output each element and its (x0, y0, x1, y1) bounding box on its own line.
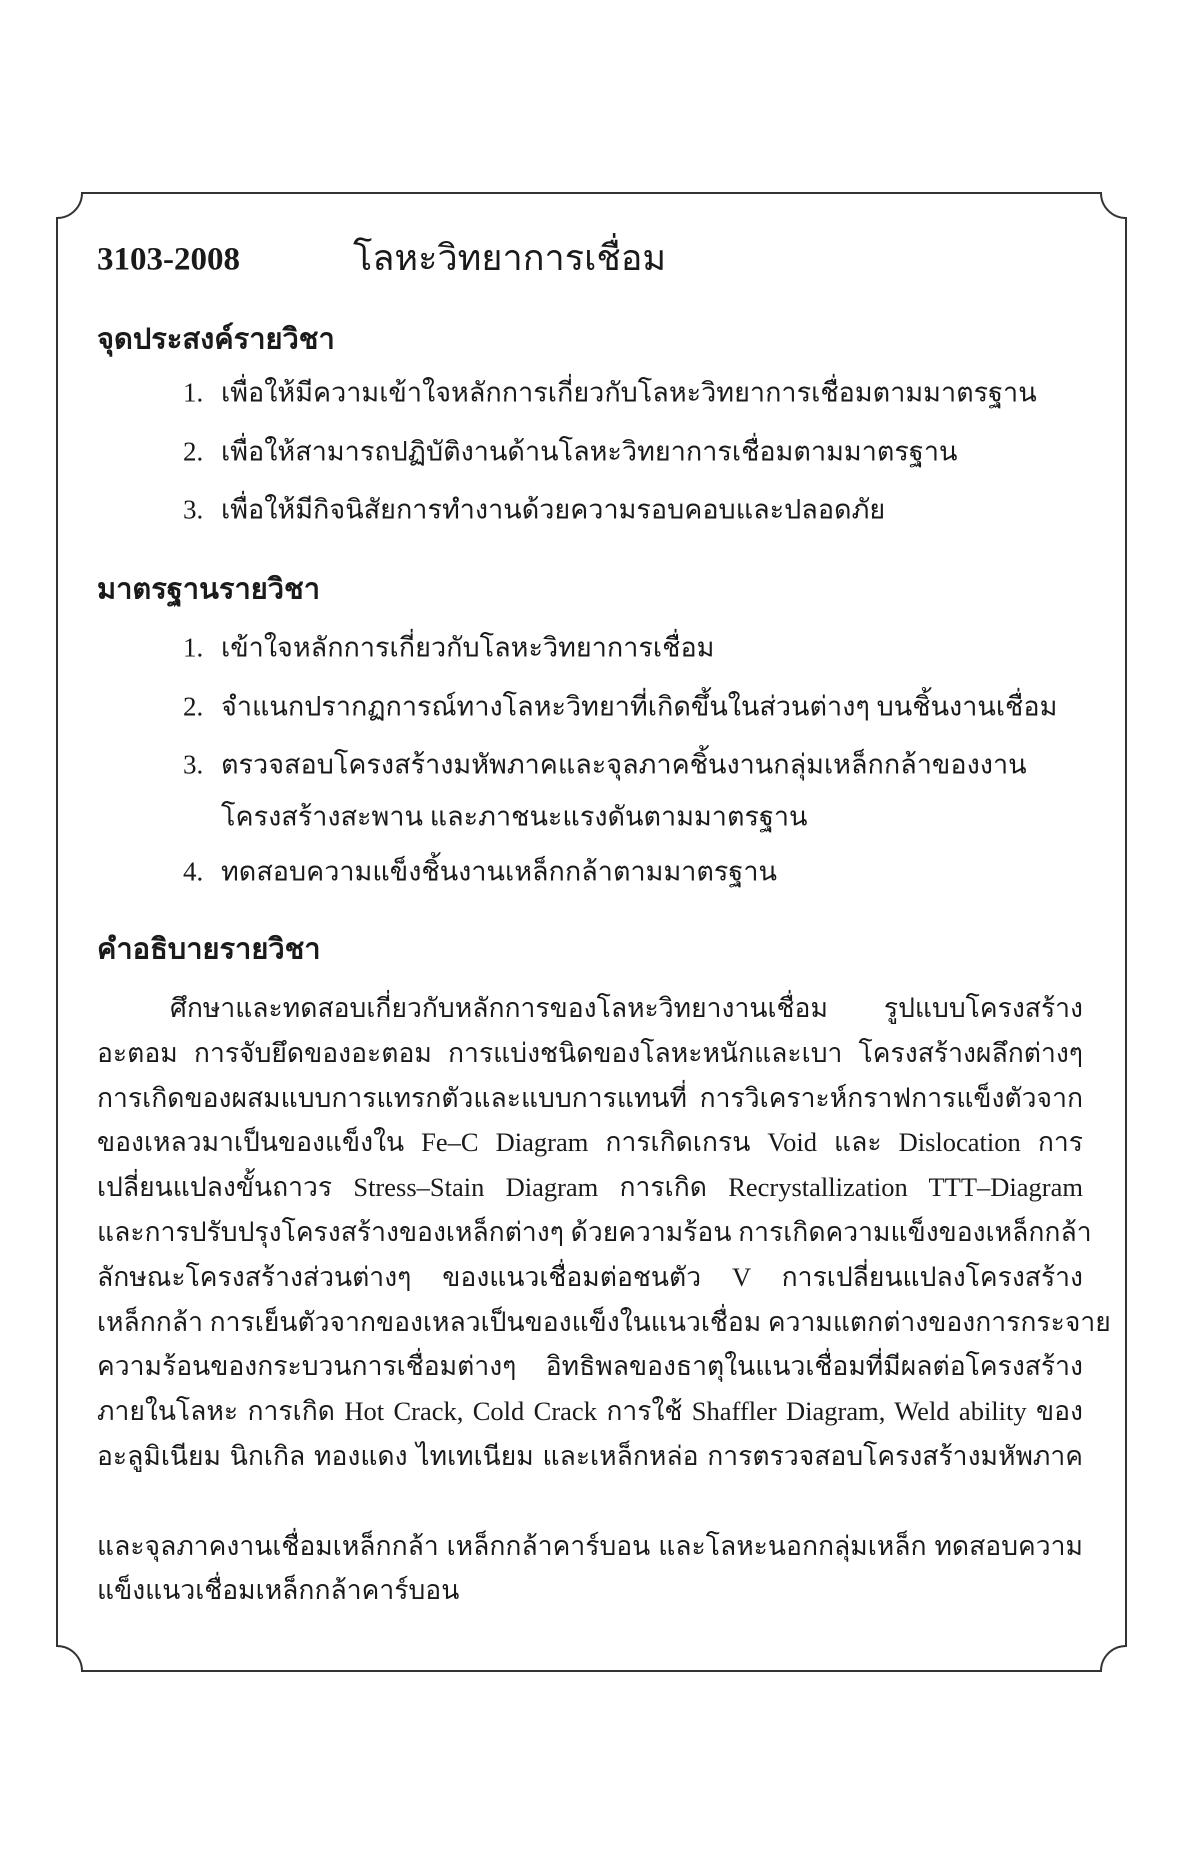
description-line: อะลูมิเนียม นิกเกิล ทองแดง ไทเทเนียม และ… (97, 1443, 1083, 1470)
standard-item: เข้าใจหลักการเกี่ยวกับโลหะวิทยาการเชื่อม (221, 635, 714, 662)
standard-number: 1. (183, 635, 203, 662)
objective-item: เพื่อให้มีความเข้าใจหลักการเกี่ยวกับโลหะ… (221, 380, 1037, 407)
description-line: ของเหลวมาเป็นของแข็งใน Fe–C Diagram การเ… (97, 1129, 1083, 1156)
standard-item: ทดสอบความแข็งชิ้นงานเหล็กกล้าตามมาตรฐาน (221, 859, 777, 886)
standard-item: ตรวจสอบโครงสร้างมหัพภาคและจุลภาคชิ้นงานก… (221, 752, 1027, 779)
objective-item: เพื่อให้สามารถปฏิบัติงานด้านโลหะวิทยาการ… (221, 439, 957, 466)
description-line: การเกิดของผสมแบบการแทรกตัวและแบบการแทนที… (97, 1085, 1083, 1112)
description-line: ศึกษาและทดสอบเกี่ยวกับหลักการของโลหะวิทย… (170, 995, 1083, 1022)
description-line: เปลี่ยนแปลงขั้นถาวร Stress–Stain Diagram… (97, 1174, 1083, 1201)
objective-number: 2. (183, 439, 203, 466)
objective-item: เพื่อให้มีกิจนิสัยการทำงานด้วยความรอบคอบ… (221, 497, 885, 524)
standard-number: 3. (183, 752, 203, 779)
description-line: แข็งแนวเชื่อมเหล็กกล้าคาร์บอน (97, 1577, 1083, 1604)
description-line: อะตอม การจับยึดของอะตอม การแบ่งชนิดของโล… (97, 1040, 1083, 1067)
description-line: เหล็กกล้า การเย็นตัวจากของเหลวเป็นของแข็… (97, 1309, 1083, 1336)
description-line: และการปรับปรุงโครงสร้างของเหล็กต่างๆ ด้ว… (97, 1219, 1083, 1246)
description-line: ลักษณะโครงสร้างส่วนต่างๆ ของแนวเชื่อมต่อ… (97, 1264, 1083, 1291)
course-name: โลหะวิทยาการเชื่อม (353, 240, 666, 276)
objective-number: 3. (183, 497, 203, 524)
description-line: และจุลภาคงานเชื่อมเหล็กกล้า เหล็กกล้าคาร… (97, 1533, 1083, 1560)
description-heading: คำอธิบายรายวิชา (97, 936, 321, 965)
standard-item: จำแนกปรากฏการณ์ทางโลหะวิทยาที่เกิดขึ้นใน… (221, 694, 1057, 721)
course-code: 3103-2008 (97, 244, 240, 277)
standards-heading: มาตรฐานรายวิชา (97, 576, 320, 605)
standard-number: 4. (183, 859, 203, 886)
description-line: ภายในโลหะ การเกิด Hot Crack, Cold Crack … (97, 1398, 1083, 1425)
standard-number: 2. (183, 694, 203, 721)
objective-number: 1. (183, 380, 203, 407)
objectives-heading: จุดประสงค์รายวิชา (97, 326, 335, 355)
description-line: ความร้อนของกระบวนการเชื่อมต่างๆ อิทธิพลข… (97, 1353, 1083, 1380)
standard-item-continuation: โครงสร้างสะพาน และภาชนะแรงดันตามมาตรฐาน (221, 804, 808, 831)
